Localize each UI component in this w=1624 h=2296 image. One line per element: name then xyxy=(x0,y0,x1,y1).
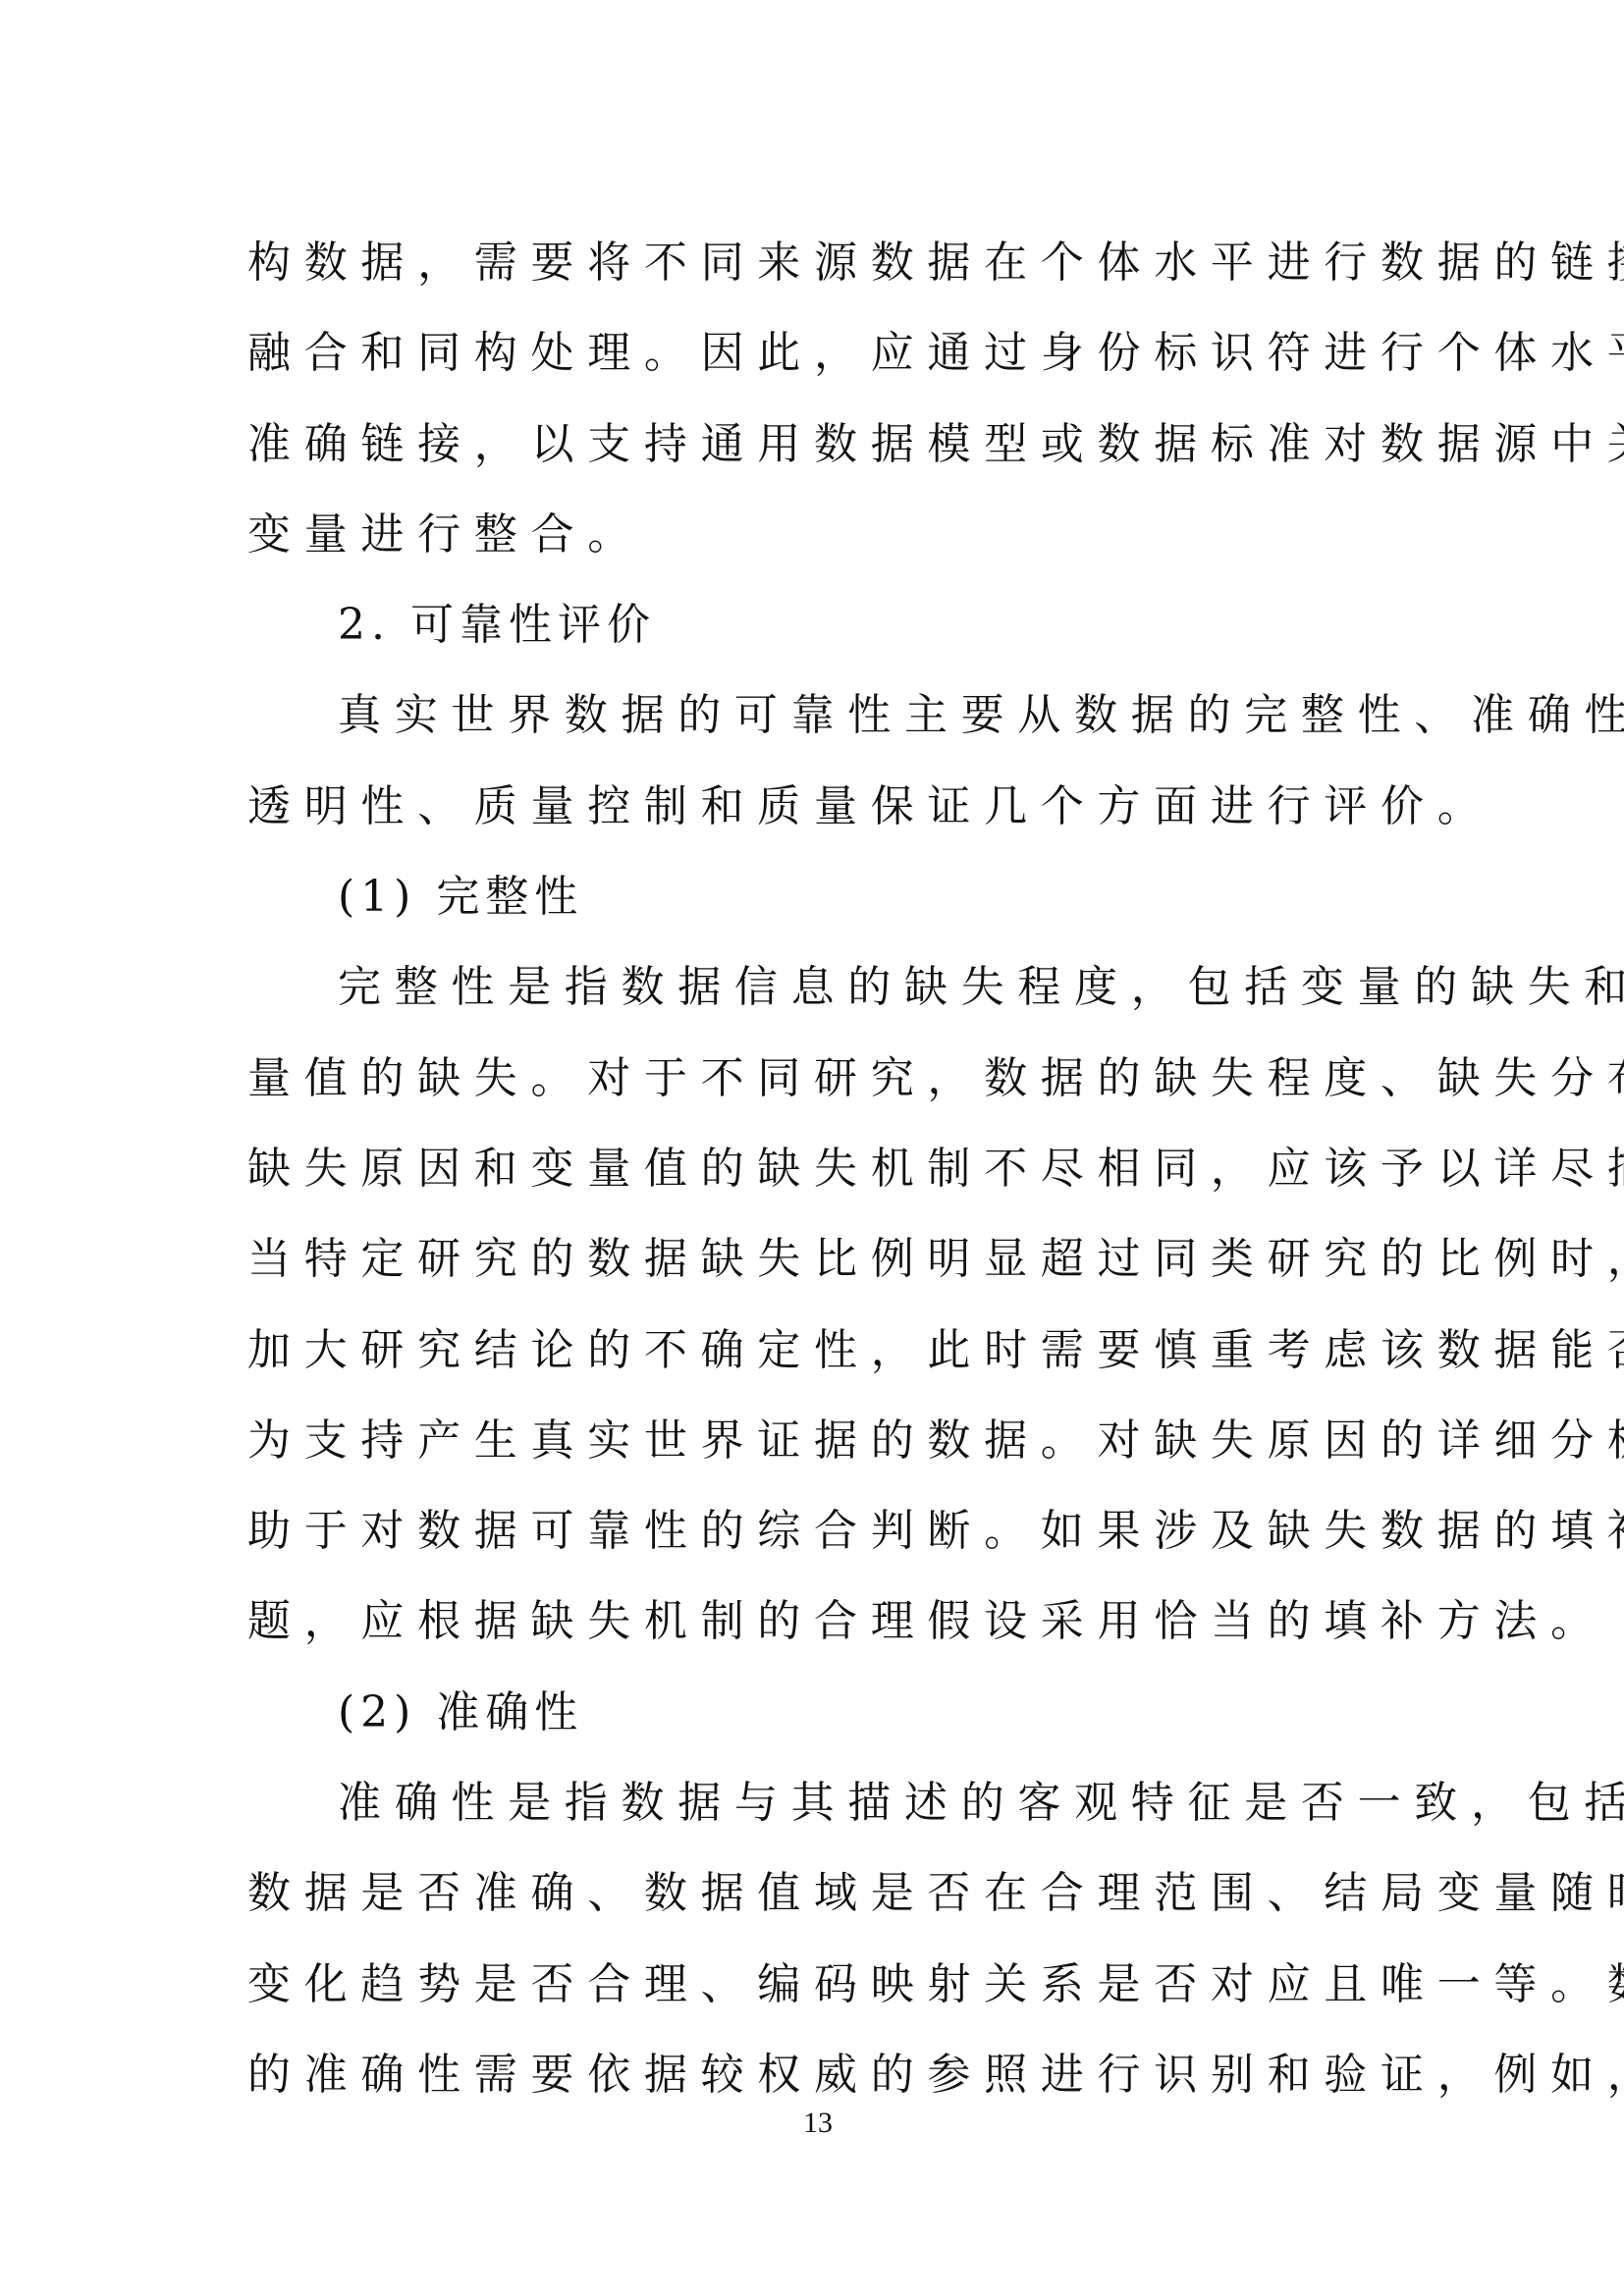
paragraph-line: 变量进行整合。 xyxy=(247,490,1396,580)
paragraph-line: 数据是否准确、数据值域是否在合理范围、结局变量随时间 xyxy=(247,1848,1396,1939)
paragraph-line: 加大研究结论的不确定性，此时需要慎重考虑该数据能否作 xyxy=(247,1306,1396,1396)
paragraph-line: 题，应根据缺失机制的合理假设采用恰当的填补方法。 xyxy=(247,1576,1396,1667)
paragraph-line: 当特定研究的数据缺失比例明显超过同类研究的比例时，会 xyxy=(247,1214,1396,1305)
paragraph-line: 构数据，需要将不同来源数据在个体水平进行数据的链接、 xyxy=(247,218,1396,308)
paragraph-line: 完整性是指数据信息的缺失程度，包括变量的缺失和变 xyxy=(247,942,1396,1033)
paragraph-line: 融合和同构处理。因此，应通过身份标识符进行个体水平的 xyxy=(247,308,1396,399)
paragraph-line: 准确链接，以支持通用数据模型或数据标准对数据源中关键 xyxy=(247,400,1396,490)
paragraph-line: 变化趋势是否合理、编码映射关系是否对应且唯一等。数据 xyxy=(247,1940,1396,2030)
paragraph-line: 助于对数据可靠性的综合判断。如果涉及缺失数据的填补问 xyxy=(247,1486,1396,1576)
document-page: 构数据，需要将不同来源数据在个体水平进行数据的链接、 融合和同构处理。因此，应通… xyxy=(0,0,1624,2296)
paragraph-line: 量值的缺失。对于不同研究，数据的缺失程度、缺失分布、 xyxy=(247,1034,1396,1124)
paragraph-line: 缺失原因和变量值的缺失机制不尽相同，应该予以详尽描述。 xyxy=(247,1124,1396,1214)
page-number: 13 xyxy=(0,2107,1624,2140)
subsection-heading-accuracy: (2) 准确性 xyxy=(247,1668,1396,1758)
subsection-heading-completeness: (1) 完整性 xyxy=(247,852,1396,942)
paragraph-line: 为支持产生真实世界证据的数据。对缺失原因的详细分析有 xyxy=(247,1396,1396,1486)
paragraph-line: 真实世界数据的可靠性主要从数据的完整性、准确性、 xyxy=(247,670,1396,761)
section-heading-reliability: 2. 可靠性评价 xyxy=(247,580,1396,670)
paragraph-line: 透明性、质量控制和质量保证几个方面进行评价。 xyxy=(247,762,1396,852)
paragraph-line: 准确性是指数据与其描述的客观特征是否一致，包括源 xyxy=(247,1758,1396,1848)
body-text: 构数据，需要将不同来源数据在个体水平进行数据的链接、 融合和同构处理。因此，应通… xyxy=(247,218,1396,2120)
